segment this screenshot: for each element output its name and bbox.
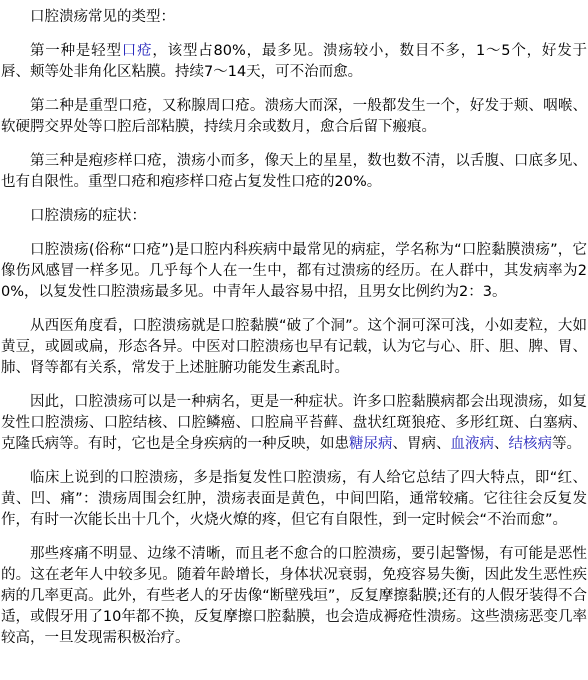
para-type-2-major: 第二种是重型口疮，又称腺周口疮。溃疡大而深，一般都发生一个，好发于颊、咽喉、软硬… [1,96,587,138]
text-segment: 第二种是重型口疮，又称腺周口疮。溃疡大而深，一般都发生一个，好发于颊、咽喉、软硬… [1,98,587,135]
text-segment: 第一种是轻型 [30,43,122,59]
text-segment: 第三种是疱疹样口疮，溃疡小而多，像天上的星星，数也数不清，以舌腹、口底多见、也有… [1,153,587,190]
article: 口腔溃疡常见的类型：第一种是轻型口疮，该型占80%，最多见。溃疡较小，数目不多，… [0,0,588,649]
text-segment: 口腔溃疡常见的类型： [30,9,175,25]
text-segment: 口腔溃疡的症状： [30,208,146,224]
text-segment: 等。 [552,436,581,452]
heading-symptoms: 口腔溃疡的症状： [1,206,587,227]
para-clinical-features: 临床上说到的口腔溃疡，多是指复发性口腔溃疡，有人给它总结了四大特点，即“红、黄、… [1,468,587,531]
text-segment: 临床上说到的口腔溃疡，多是指复发性口腔溃疡，有人给它总结了四大特点，即“红、黄、… [1,470,587,528]
text-segment: 口腔溃疡(俗称“口疮”)是口腔内科疾病中最常见的病症，学名称为“口腔黏膜溃疡”，… [1,242,587,300]
para-type-1-minor: 第一种是轻型口疮，该型占80%，最多见。溃疡较小，数目不多，1～5个，好发于唇、… [1,41,587,83]
text-segment: 、 [494,436,509,452]
inline-link[interactable]: 血液病 [451,436,495,452]
text-segment: 那些疼痛不明显、边缘不清晰，而且老不愈合的口腔溃疡，要引起警惕，有可能是恶性的。… [1,546,587,646]
para-malignancy-warning: 那些疼痛不明显、边缘不清晰，而且老不愈合的口腔溃疡，要引起警惕，有可能是恶性的。… [1,544,587,649]
heading-common-types: 口腔溃疡常见的类型： [1,7,587,28]
inline-link[interactable]: 结核病 [509,436,553,452]
inline-link[interactable]: 糖尿病 [349,436,393,452]
para-western-view: 从西医角度看，口腔溃疡就是口腔黏膜“破了个洞”。这个洞可深可浅，小如麦粒，大如黄… [1,316,587,379]
para-disease-or-symptom: 因此，口腔溃疡可以是一种病名，更是一种症状。许多口腔黏膜病都会出现溃疡，如复发性… [1,392,587,455]
text-segment: 从西医角度看，口腔溃疡就是口腔黏膜“破了个洞”。这个洞可深可浅，小如麦粒，大如黄… [1,318,587,376]
para-type-3-herpetiform: 第三种是疱疹样口疮，溃疡小而多，像天上的星星，数也数不清，以舌腹、口底多见、也有… [1,151,587,193]
inline-link[interactable]: 口疮 [122,43,153,59]
para-symptoms-overview: 口腔溃疡(俗称“口疮”)是口腔内科疾病中最常见的病症，学名称为“口腔黏膜溃疡”，… [1,240,587,303]
text-segment: 、胃病、 [393,436,451,452]
